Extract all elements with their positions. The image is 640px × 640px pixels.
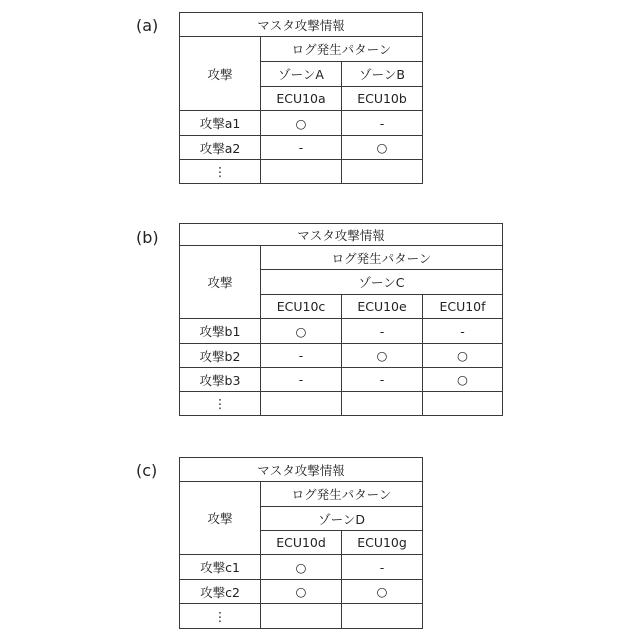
table-row: ⋮ [180,160,423,184]
pattern-cell [261,604,342,629]
table-row: 攻撃c2 ○ ○ [180,580,423,604]
ellipsis-vertical: ⋮ [180,160,261,184]
pattern-cell: - [342,111,423,136]
attack-name: 攻撃a1 [180,111,261,136]
table-row: ⋮ [180,392,503,416]
pattern-cell [342,160,423,184]
table-row: 攻撃a1 ○ - [180,111,423,136]
pattern-cell: - [261,368,342,392]
attack-name: 攻撃b3 [180,368,261,392]
attack-header: 攻撃 [180,37,261,111]
ellipsis-vertical: ⋮ [180,392,261,416]
zone-header: ゾーンC [261,270,503,295]
ecu-header: ECU10g [342,531,423,555]
pattern-cell: ○ [261,319,342,344]
pattern-cell [423,392,503,416]
pattern-cell: ○ [342,580,423,604]
log-pattern-header: ログ発生パターン [261,37,423,62]
zone-header: ゾーンB [342,62,423,87]
zone-header: ゾーンA [261,62,342,87]
ecu-header: ECU10b [342,87,423,111]
attack-name: 攻撃a2 [180,136,261,160]
pattern-cell: - [423,319,503,344]
attack-name: 攻撃c2 [180,580,261,604]
pattern-cell [261,160,342,184]
table-row: 攻撃b3 - - ○ [180,368,503,392]
pattern-cell: - [261,136,342,160]
attack-name: 攻撃c1 [180,555,261,580]
pattern-cell: - [342,319,423,344]
ecu-header: ECU10a [261,87,342,111]
pattern-cell: ○ [261,580,342,604]
pattern-cell: - [342,555,423,580]
zone-header: ゾーンD [261,507,423,531]
pattern-cell: ○ [423,368,503,392]
table-row: 攻撃c1 ○ - [180,555,423,580]
pattern-cell: ○ [261,555,342,580]
figure-label-a: (a) [136,16,158,36]
ellipsis-vertical: ⋮ [180,604,261,629]
pattern-cell: ○ [342,344,423,368]
pattern-cell [261,392,342,416]
attack-header: 攻撃 [180,246,261,319]
pattern-cell: - [342,368,423,392]
pattern-cell: - [261,344,342,368]
figure-label-c: (c) [136,461,157,481]
table-title: マスタ攻撃情報 [180,13,423,37]
log-pattern-header: ログ発生パターン [261,246,503,270]
ecu-header: ECU10d [261,531,342,555]
pattern-cell: ○ [342,136,423,160]
table-row: 攻撃a2 - ○ [180,136,423,160]
attack-header: 攻撃 [180,482,261,555]
table-title: マスタ攻撃情報 [180,458,423,482]
pattern-cell [342,392,423,416]
pattern-cell [342,604,423,629]
master-attack-table-c: マスタ攻撃情報 攻撃 ログ発生パターン ゾーンD ECU10d ECU10g 攻… [179,457,423,629]
table-row: ⋮ [180,604,423,629]
pattern-cell: ○ [261,111,342,136]
ecu-header: ECU10c [261,295,342,319]
table-row: 攻撃b2 - ○ ○ [180,344,503,368]
figure-label-b: (b) [136,228,159,248]
ecu-header: ECU10e [342,295,423,319]
table-row: 攻撃b1 ○ - - [180,319,503,344]
master-attack-table-b: マスタ攻撃情報 攻撃 ログ発生パターン ゾーンC ECU10c ECU10e E… [179,223,503,416]
table-title: マスタ攻撃情報 [180,224,503,246]
attack-name: 攻撃b2 [180,344,261,368]
attack-name: 攻撃b1 [180,319,261,344]
log-pattern-header: ログ発生パターン [261,482,423,507]
pattern-cell: ○ [423,344,503,368]
master-attack-table-a: マスタ攻撃情報 攻撃 ログ発生パターン ゾーンA ゾーンB ECU10a ECU… [179,12,423,184]
ecu-header: ECU10f [423,295,503,319]
